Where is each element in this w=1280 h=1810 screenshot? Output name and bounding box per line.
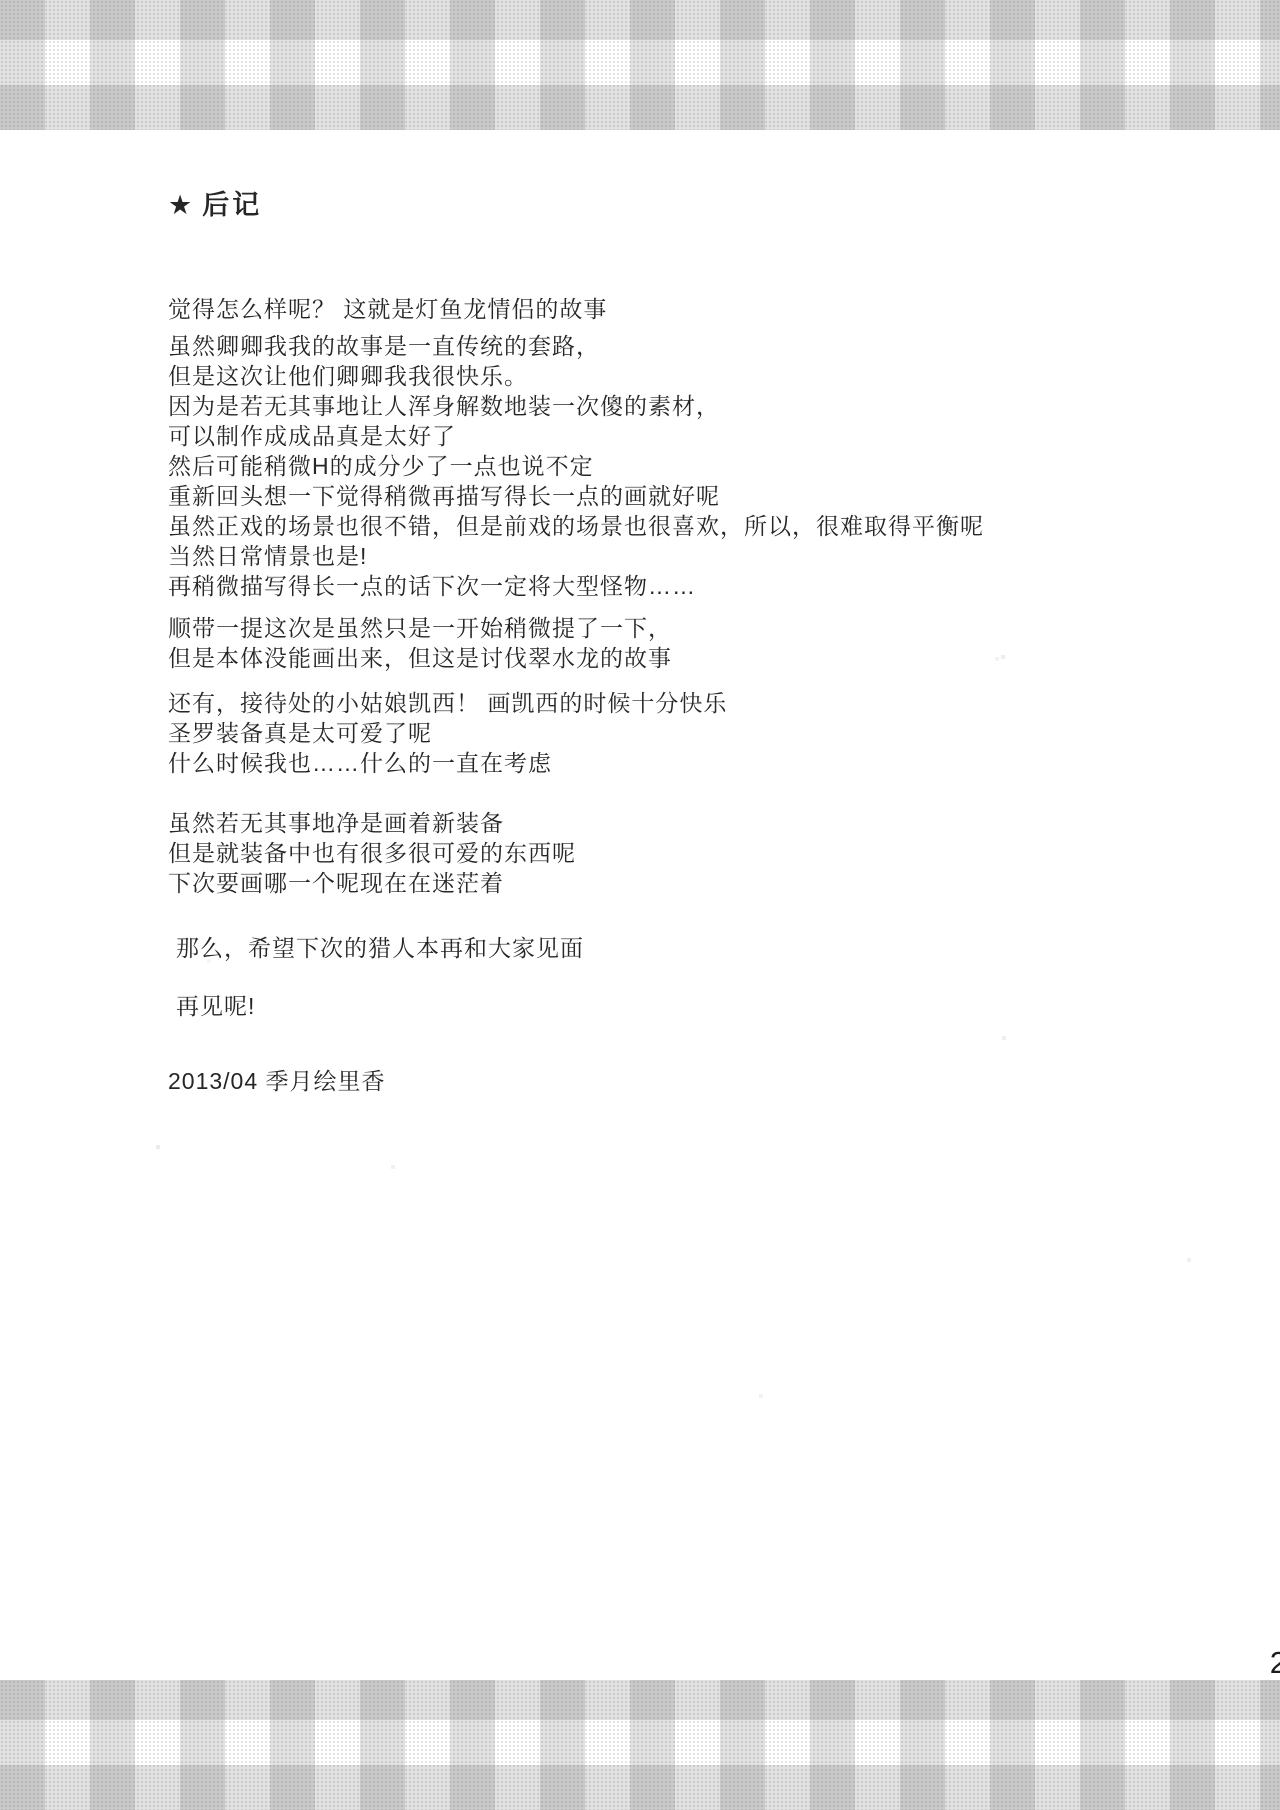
text-line: 再稍微描写得长一点的话下次一定将大型怪物…… <box>168 571 1178 601</box>
date-signature: 2013/04 季月绘里香 <box>168 1066 1178 1096</box>
page-title-text: 后记 <box>202 190 262 220</box>
signature-line: 2013/04 季月绘里香 <box>168 1066 1178 1096</box>
text-line: 还有，接待处的小姑娘凯西！ 画凯西的时候十分快乐 <box>168 688 1178 718</box>
paragraph-intro: 觉得怎么样呢？ 这就是灯鱼龙情侣的故事 <box>168 294 1178 324</box>
gingham-pattern-bottom-border <box>0 1680 1280 1810</box>
text-line: 可以制作成成品真是太好了 <box>168 421 1178 451</box>
scanned-afterword-page: { "page": { "header": { "star": "★", "ti… <box>0 0 1280 1810</box>
paragraph-receptionist: 还有，接待处的小姑娘凯西！ 画凯西的时候十分快乐 圣罗装备真是太可爱了呢 什么时… <box>168 688 1178 778</box>
paragraph-equipment: 虽然若无其事地净是画着新装备 但是就装备中也有很多很可爱的东西呢 下次要画哪一个… <box>168 808 1178 898</box>
paragraph-goodbye: 再见呢! <box>168 991 1178 1021</box>
text-line: 顺带一提这次是虽然只是一开始稍微提了一下， <box>168 613 1178 643</box>
text-line: 虽然卿卿我我的故事是一直传统的套路， <box>168 331 1178 361</box>
text-line: 觉得怎么样呢？ 这就是灯鱼龙情侣的故事 <box>168 294 1178 324</box>
page-title: ★后记 <box>168 183 1178 222</box>
paragraph-closing: 那么，希望下次的猎人本再和大家见面 <box>168 933 1178 963</box>
text-line: 圣罗装备真是太可爱了呢 <box>168 718 1178 748</box>
text-line: 然后可能稍微H的成分少了一点也说不定 <box>168 451 1178 481</box>
text-line: 重新回头想一下觉得稍微再描写得长一点的画就好呢 <box>168 481 1178 511</box>
text-line: 但是就装备中也有很多很可爱的东西呢 <box>168 838 1178 868</box>
paragraph-story-thoughts: 虽然卿卿我我的故事是一直传统的套路， 但是这次让他们卿卿我我很快乐。 因为是若无… <box>168 331 1178 601</box>
paragraph-side-note: 顺带一提这次是虽然只是一开始稍微提了一下， 但是本体没能画出来，但这是讨伐翠水龙… <box>168 613 1178 673</box>
text-line: 但是这次让他们卿卿我我很快乐。 <box>168 361 1178 391</box>
text-line: 那么，希望下次的猎人本再和大家见面 <box>168 933 1178 963</box>
afterword-content: ★后记 觉得怎么样呢？ 这就是灯鱼龙情侣的故事 虽然卿卿我我的故事是一直传统的套… <box>168 183 1178 1096</box>
star-icon: ★ <box>168 190 192 220</box>
text-line: 虽然若无其事地净是画着新装备 <box>168 808 1178 838</box>
text-line: 再见呢! <box>168 991 1178 1021</box>
text-line: 因为是若无其事地让人浑身解数地装一次傻的素材， <box>168 391 1178 421</box>
text-line: 什么时候我也……什么的一直在考虑 <box>168 748 1178 778</box>
page-number: 2 <box>1270 1645 1280 1681</box>
text-line: 虽然正戏的场景也很不错，但是前戏的场景也很喜欢，所以，很难取得平衡呢 <box>168 511 1178 541</box>
gingham-pattern-top-border <box>0 0 1280 130</box>
text-line: 当然日常情景也是! <box>168 541 1178 571</box>
text-line: 下次要画哪一个呢现在在迷茫着 <box>168 868 1178 898</box>
text-line: 但是本体没能画出来，但这是讨伐翠水龙的故事 <box>168 643 1178 673</box>
